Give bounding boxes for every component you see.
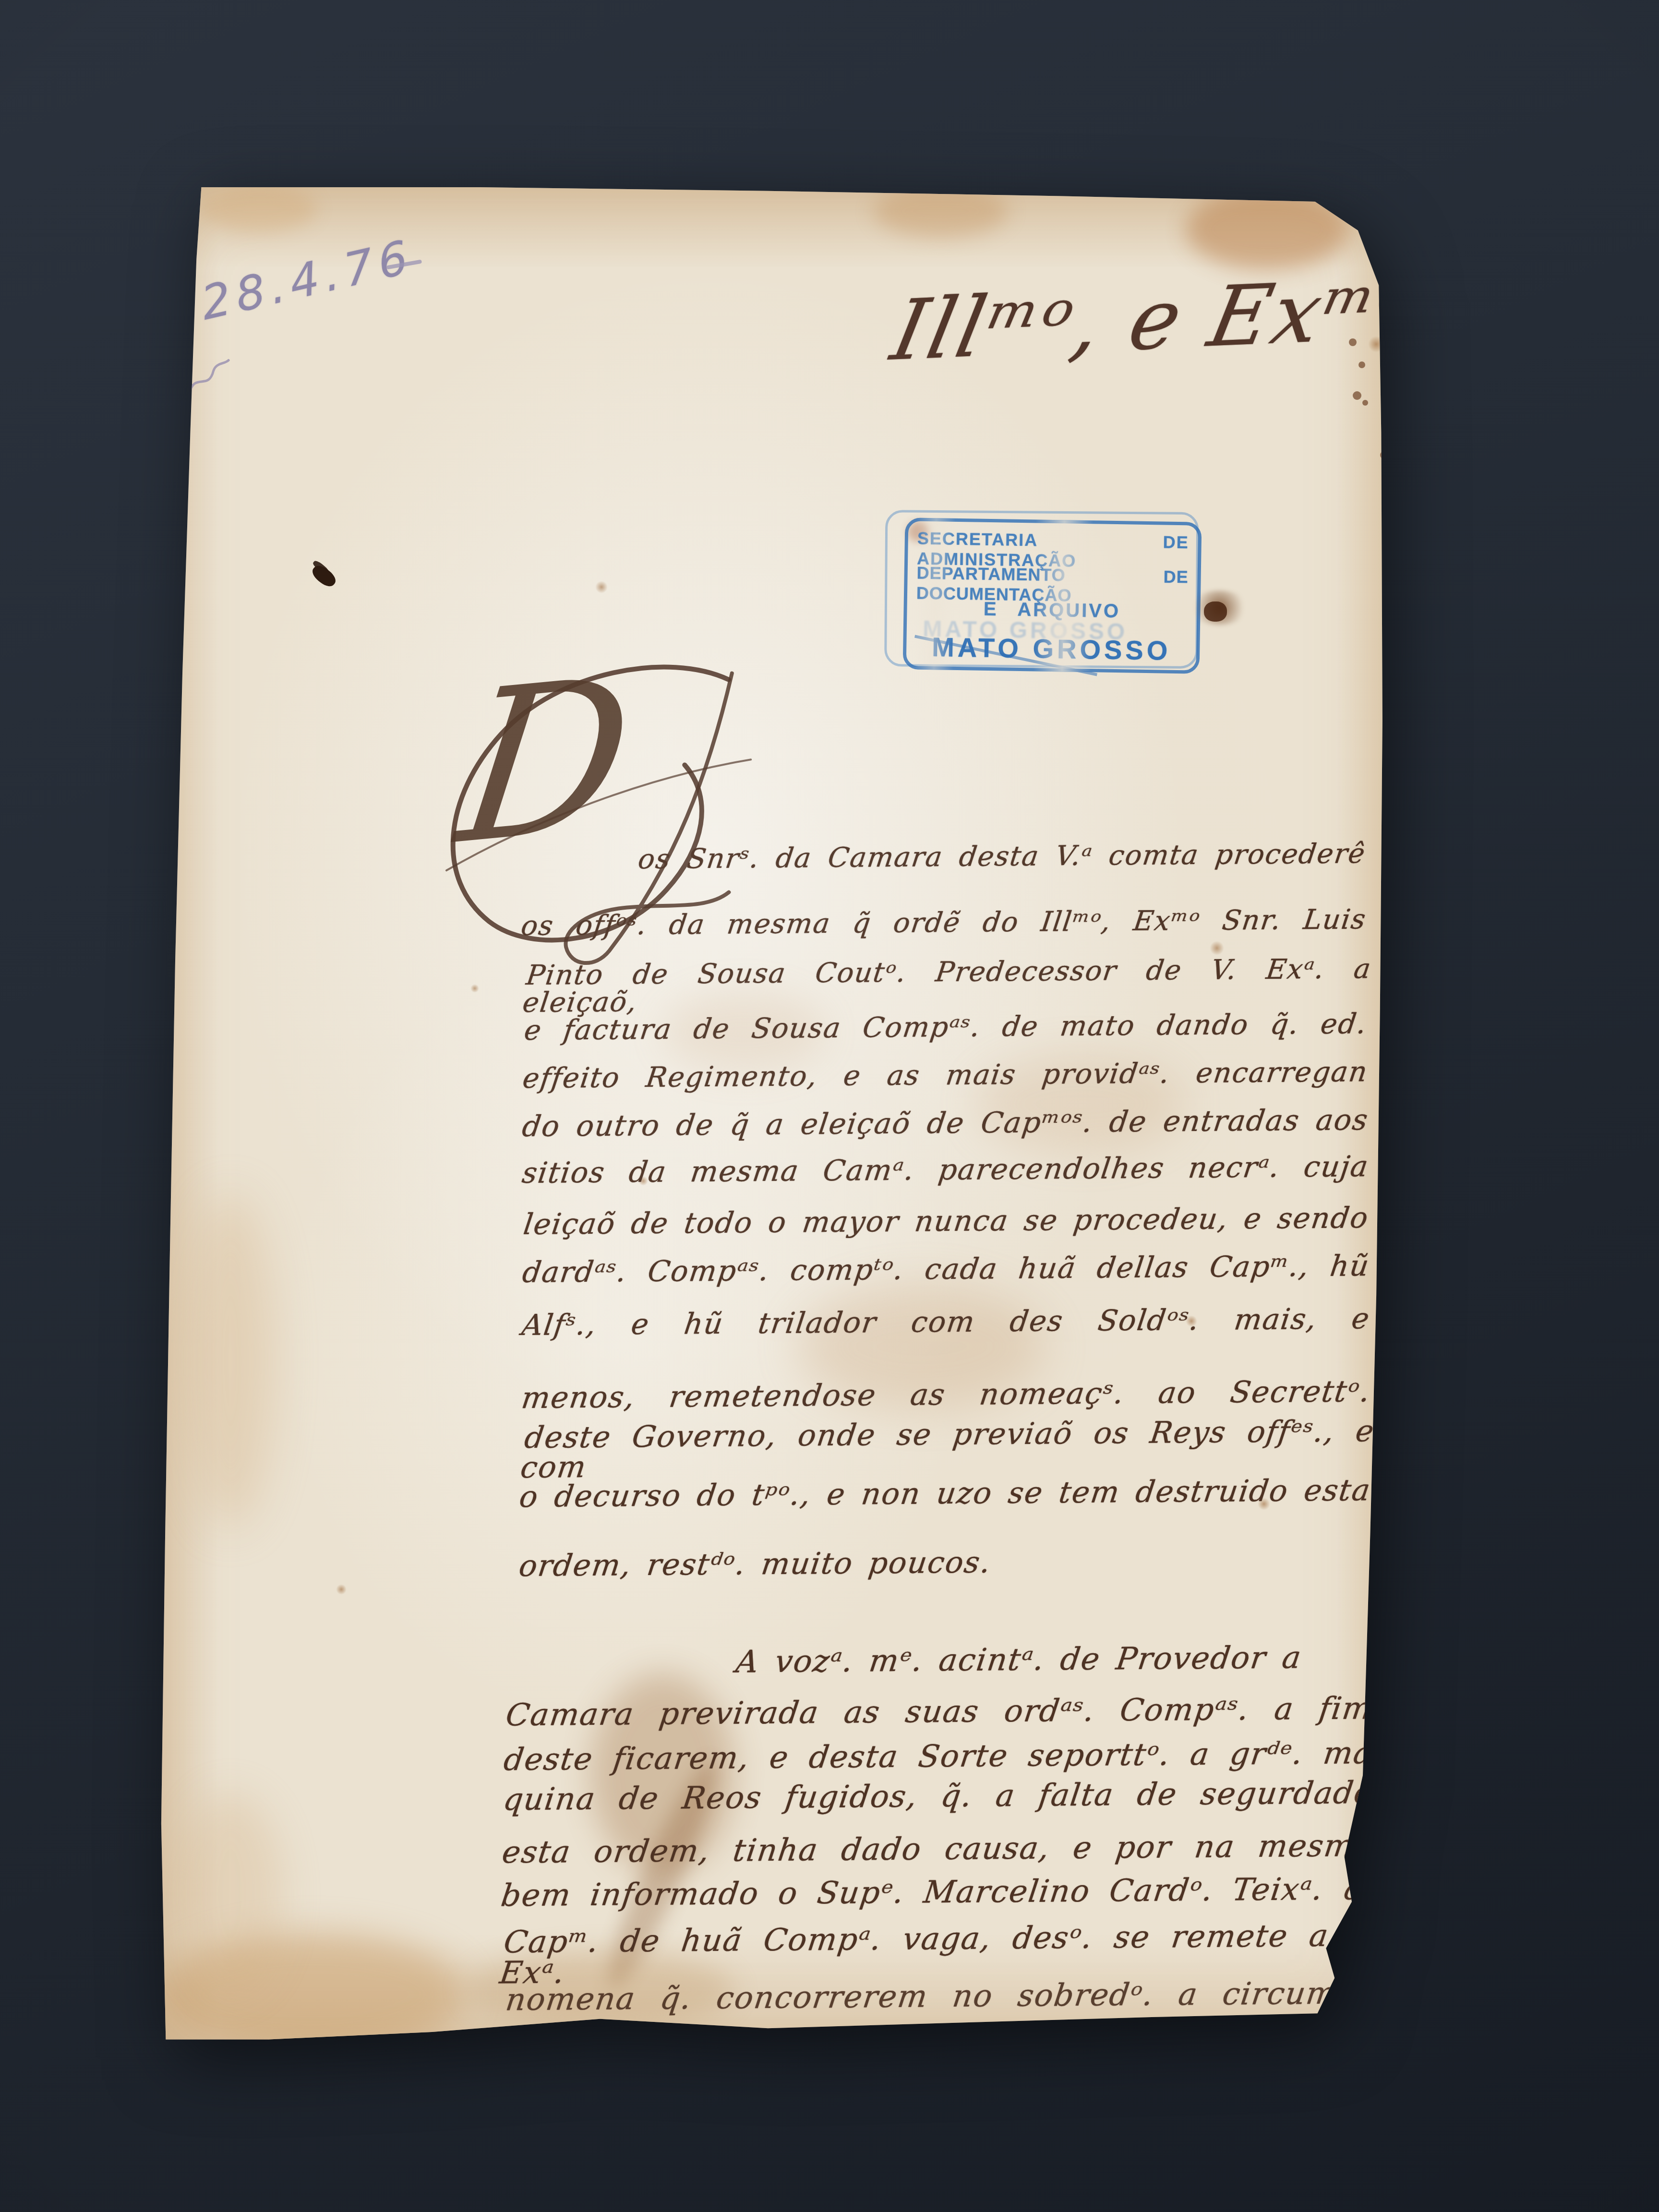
manuscript-line: Alfˢ., e hũ trilador com des Soldᵒˢ. mai… <box>520 1304 1372 1340</box>
manuscript-line: Camara previrada as suas ordᵃˢ. Compᵃˢ. … <box>504 1693 1374 1731</box>
edge-speck <box>1392 475 1398 481</box>
manuscript-line: deste ficarem, e desta Sorte seporttᵒ. a… <box>502 1738 1375 1775</box>
manuscript-line: esta ordem, tinha dado causa, e por na m… <box>500 1830 1375 1868</box>
manuscript-line: os offᵒˢ. da mesma q̃ ordẽ do Illᵐᵒ, Exᵐ… <box>519 906 1368 940</box>
photo-scene: 28.4.76 MATO GROSSO SECRETARIA DE ADMINI… <box>0 0 1659 2212</box>
manuscript-line: e factura de Sousa Compᵃˢ. de mato dando… <box>523 1010 1369 1044</box>
manuscript-line: ordem, restᵈᵒ. muito poucos. <box>517 1547 993 1581</box>
manuscript-line: bem informado o Supᵉ. Marcelino Cardᵒ. T… <box>499 1874 1376 1911</box>
edge-speck <box>1380 451 1388 459</box>
manuscript-line: quina de Reos fugidos, q̃. a falta de se… <box>501 1778 1375 1815</box>
document-paper: 28.4.76 MATO GROSSO SECRETARIA DE ADMINI… <box>158 185 1385 2045</box>
manuscript-text-block: Illᵐᵒ, e Exᵐᵒ Snr̃ D os Snrˢ. da Camara … <box>151 180 1392 2050</box>
paper-shadow-wrap: 28.4.76 MATO GROSSO SECRETARIA DE ADMINI… <box>0 0 1659 2212</box>
initial-letter-d: D <box>451 660 640 864</box>
manuscript-line: sitios da mesma Camᵃ. parecendolhes necr… <box>520 1152 1370 1188</box>
salutation: Illᵐᵒ, e Exᵐᵒ Snr̃ <box>884 252 1604 379</box>
manuscript-line: do outro de q̃ a eleiçaõ de Capᵐᵒˢ. de e… <box>520 1106 1370 1141</box>
manuscript-line: nomena q̃. concorrerem no sobredᵒ. a cir… <box>504 1978 1338 2016</box>
manuscript-line: os Snrˢ. da Camara desta V.ᵃ comta proce… <box>637 840 1368 873</box>
manuscript-line: leiçaõ de todo o mayor nunca se procedeu… <box>522 1203 1370 1239</box>
manuscript-line: A vozᵃ. mᵉ. acintᵃ. de Provedor a <box>734 1642 1303 1677</box>
manuscript-line: dardᵃˢ. Compᵃˢ. compᵗᵒ. cada huã dellas … <box>521 1251 1371 1287</box>
manuscript-line: menos, remetendose as nomeaçˢ. ao Secret… <box>520 1376 1372 1413</box>
manuscript-line: o decurso do tᵖᵒ., e non uzo se tem dest… <box>517 1475 1372 1512</box>
manuscript-line: Pinto de Sousa Coutᵒ. Predecessor de V. … <box>521 955 1373 1017</box>
manuscript-line: effeito Regimento, e as mais providᵃˢ. e… <box>521 1058 1370 1092</box>
manuscript-line: deste Governo, onde se previaõ os Reys o… <box>519 1416 1376 1482</box>
